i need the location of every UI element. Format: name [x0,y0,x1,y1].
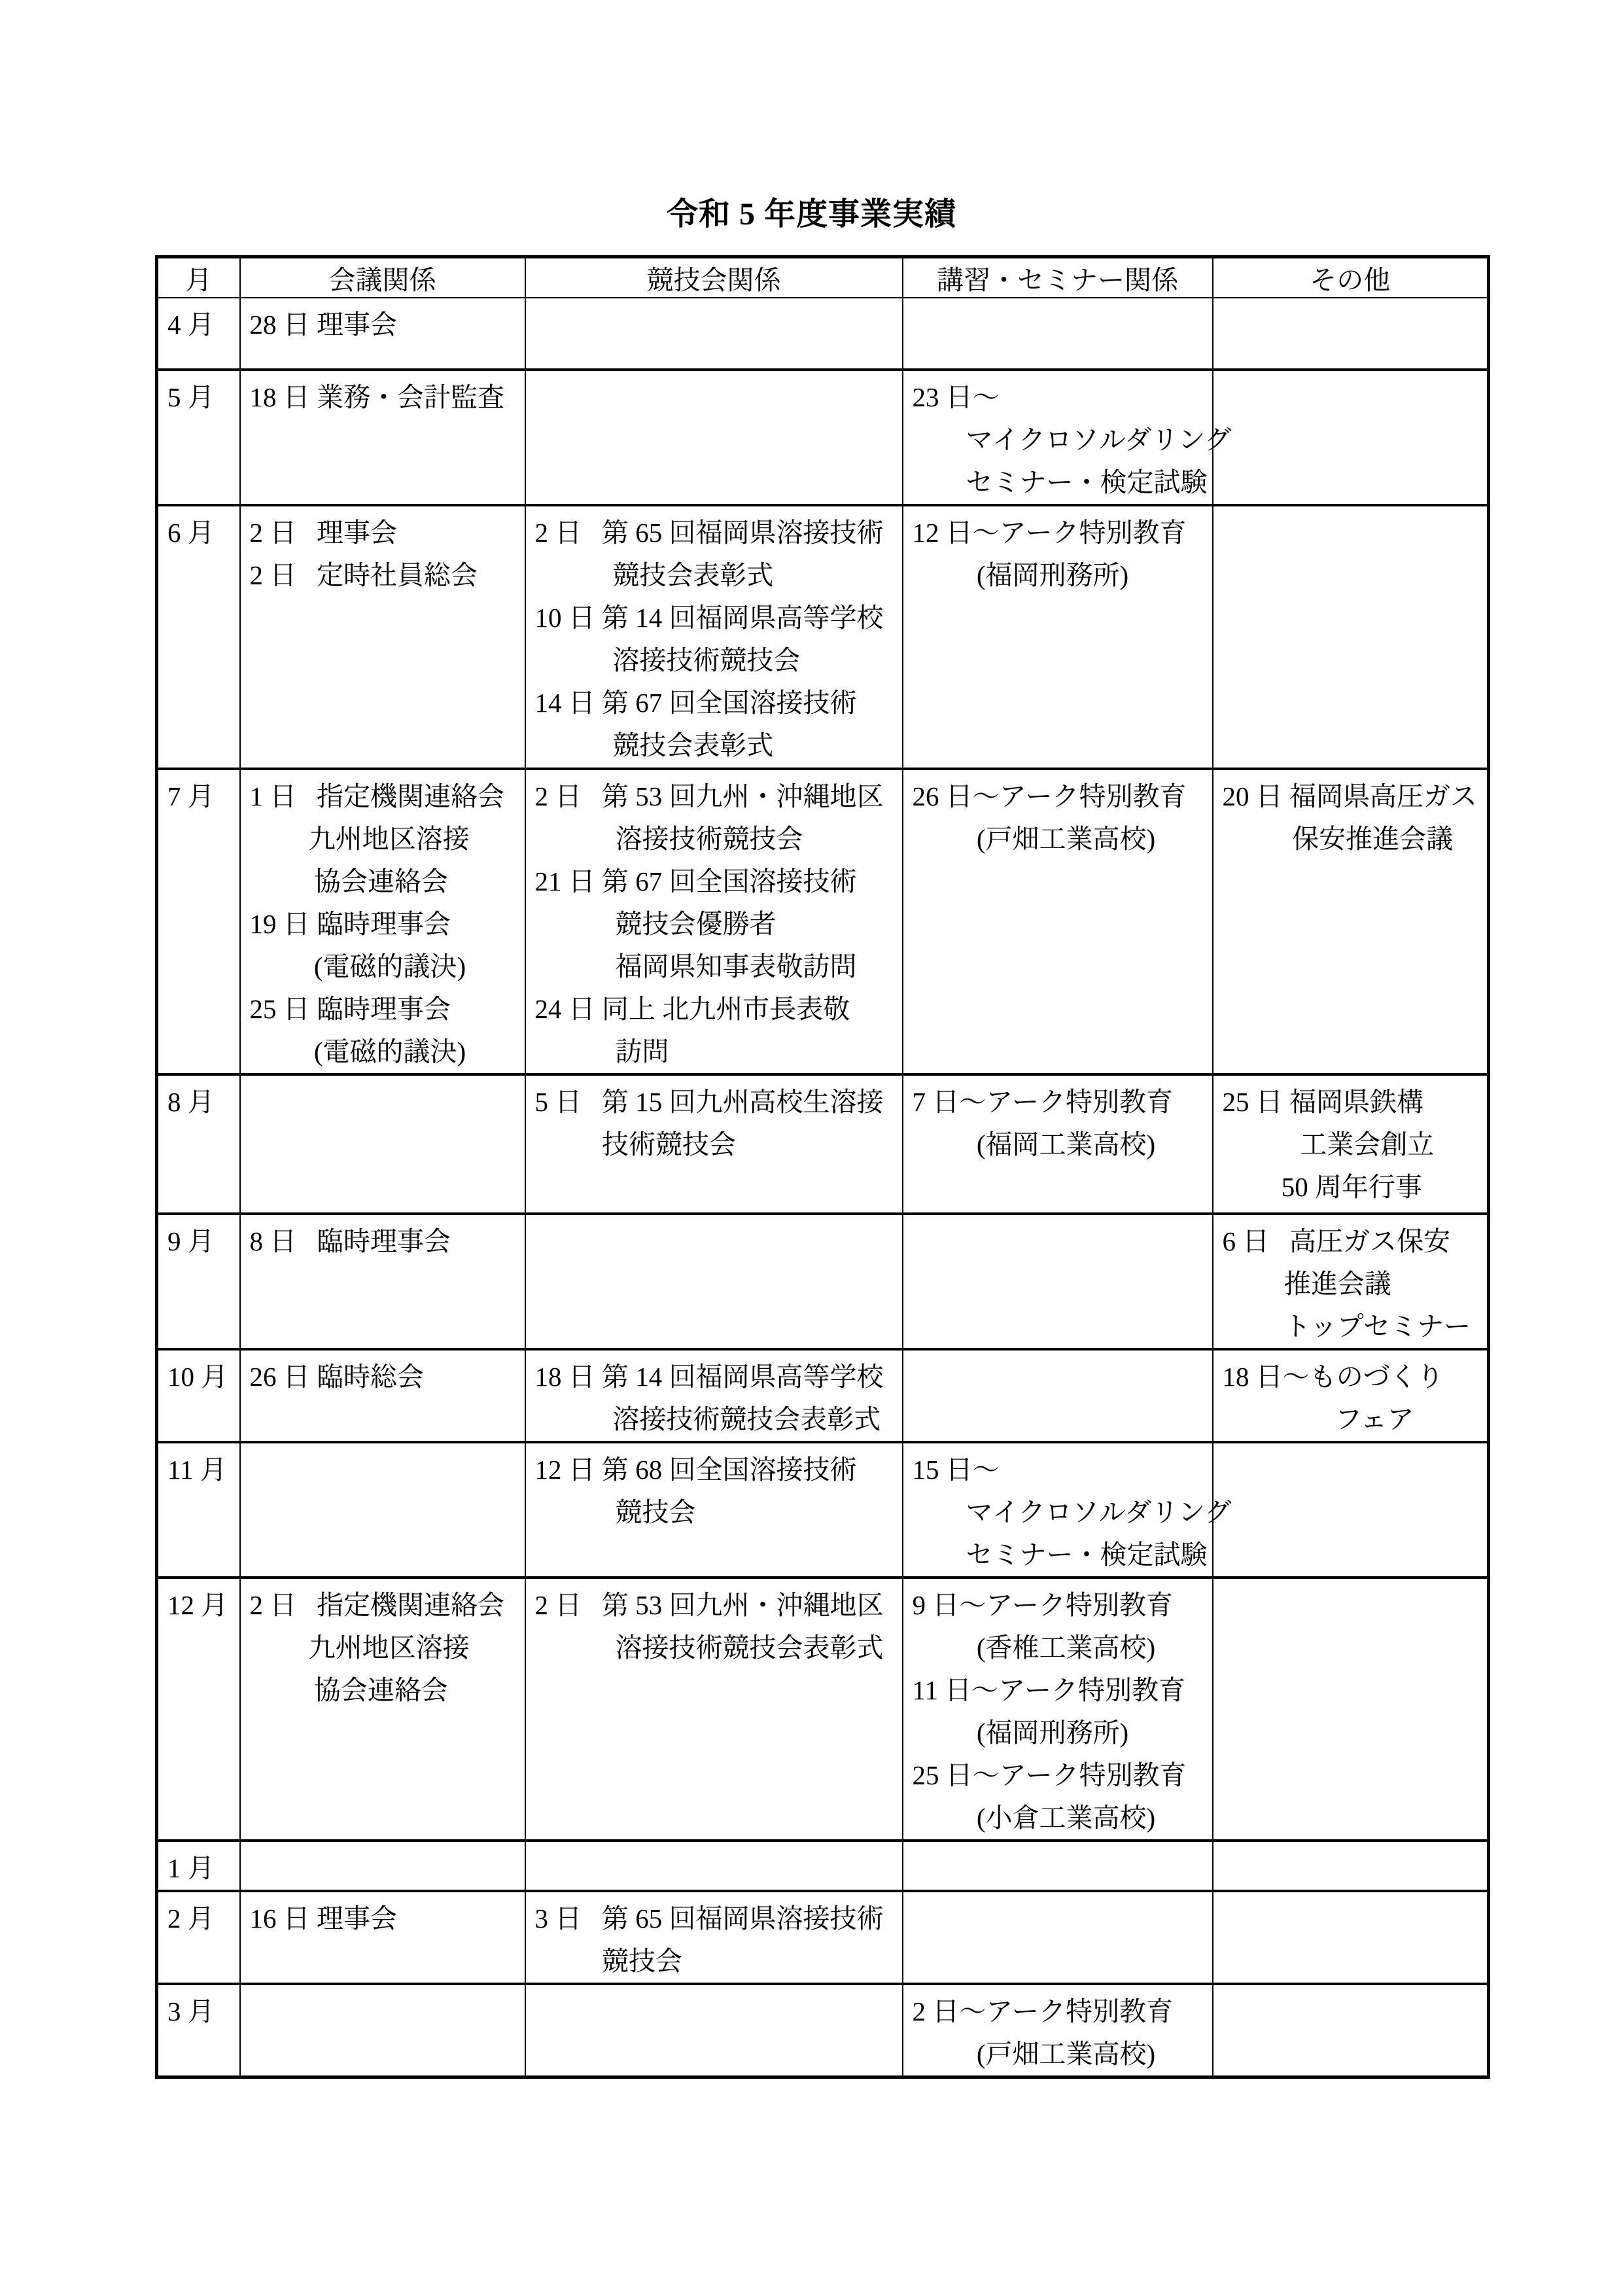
entry-line: 20 日福岡県高圧ガス [1223,775,1485,818]
table-row-9: 12 月2 日指定機関連絡会九州地区溶接協会連絡会2 日第 53 回九州・沖縄地… [157,1578,1489,1841]
month-label: 12 月 [167,1584,237,1627]
entry-text: 第 14 回福岡県高等学校 [602,603,884,633]
entry-line: 7 日～アーク特別教育 [913,1081,1210,1123]
entry-line: マイクロソルダリング [913,1491,1210,1534]
table-row-6: 9 月8 日臨時理事会6 日高圧ガス保安推進会議トップセミナー [157,1214,1489,1349]
entry-text: 15 日～ [913,1455,1000,1485]
entry-line: (小倉工業高校) [913,1797,1210,1839]
month-label: 6 月 [167,512,237,554]
entry-text: 2 日～アーク特別教育 [913,1996,1174,2026]
month-label: 9 月 [167,1220,237,1263]
seminars-cell [903,1841,1213,1891]
entry-text: 第 15 回九州高校生溶接 [602,1087,884,1117]
entry-line: 福岡県知事表敬訪問 [535,945,899,988]
entry-text: 工業会創立 [1300,1129,1434,1159]
entry-text: 11 日～アーク特別教育 [913,1675,1186,1705]
others-cell: 20 日福岡県高圧ガス保安推進会議 [1213,769,1489,1074]
entry-line: 1 日指定機関連絡会 [250,775,522,818]
others-cell [1213,1841,1489,1891]
entry-text: 理事会 [317,518,397,548]
entry-line: 2 日～アーク特別教育 [913,1990,1210,2033]
entry-text: 溶接技術競技会表彰式 [616,1633,884,1663]
entry-text: 指定機関連絡会 [317,1590,504,1620]
month-label: 8 月 [167,1081,237,1123]
entry-text: フェア [1335,1404,1414,1434]
meetings-cell: 26 日臨時総会 [240,1349,525,1442]
entry-line: 競技会表彰式 [535,724,899,767]
month-cell: 4 月 [157,298,240,370]
month-cell: 8 月 [157,1074,240,1214]
month-label: 7 月 [167,775,237,818]
entry-text: セミナー・検定試験 [966,1540,1208,1570]
entry-line: (福岡刑務所) [913,554,1210,597]
entry-day: 1 日 [250,775,317,818]
entry-text: 競技会表彰式 [612,560,773,590]
entry-line: 23 日～ [913,376,1210,419]
entry-line: 訪問 [535,1031,899,1073]
entry-text: マイクロソルダリング [966,1497,1232,1527]
entry-text: 九州地区溶接 [309,824,470,854]
entry-line: 12 日～アーク特別教育 [913,512,1210,554]
entry-text: 第 65 回福岡県溶接技術 [602,1903,884,1934]
entry-text: (戸畑工業高校) [977,824,1155,854]
entry-text: 溶接技術競技会表彰式 [612,1404,881,1434]
competitions-cell: 18 日第 14 回福岡県高等学校溶接技術競技会表彰式 [525,1349,903,1442]
table-row-12: 3 月2 日～アーク特別教育(戸畑工業高校) [157,1984,1489,2077]
seminars-cell: 23 日～マイクロソルダリングセミナー・検定試験 [903,370,1213,505]
entry-text: 協会連絡会 [314,1675,448,1705]
others-cell [1213,1442,1489,1578]
meetings-cell: 2 日指定機関連絡会九州地区溶接協会連絡会 [240,1578,525,1841]
entry-line: 18 日第 14 回福岡県高等学校 [535,1356,899,1398]
entry-day: 10 日 [535,597,602,639]
entry-line: 協会連絡会 [250,860,522,903]
entry-line: 溶接技術競技会 [535,818,899,860]
seminars-cell: 15 日～マイクロソルダリングセミナー・検定試験 [903,1442,1213,1578]
entry-line: 26 日～アーク特別教育 [913,775,1210,818]
entry-text: (福岡工業高校) [977,1129,1155,1159]
entry-text: (福岡刑務所) [977,560,1128,590]
others-cell [1213,1578,1489,1841]
entry-day: 2 日 [535,512,602,554]
entry-text: セミナー・検定試験 [966,467,1208,497]
others-cell: 18 日～ものづくりフェア [1213,1349,1489,1442]
entry-day: 12 日 [535,1449,602,1491]
entry-day: 18 日 [535,1356,602,1398]
meetings-cell [240,1442,525,1578]
schedule-table: 月 会議関係 競技会関係 講習・セミナー関係 その他 4 月28 日理事会5 月… [155,255,1490,2079]
others-cell [1213,370,1489,505]
entry-text: (電磁的議決) [314,951,466,981]
entry-line: (戸畑工業高校) [913,818,1210,860]
entry-text: (香椎工業高校) [977,1633,1155,1663]
entry-text: 理事会 [317,309,397,340]
entry-text: 競技会表彰式 [612,730,773,760]
entry-text: 第 53 回九州・沖縄地区 [602,1590,884,1620]
table-row-1: 4 月28 日理事会 [157,298,1489,370]
entry-day: 2 日 [250,512,317,554]
month-label: 11 月 [167,1449,237,1491]
entry-text: (戸畑工業高校) [977,2039,1155,2069]
entry-text: 第 67 回全国溶接技術 [602,688,857,718]
entry-day: 2 日 [250,1584,317,1627]
entry-day: 20 日 [1223,775,1290,818]
entry-text: (電磁的議決) [314,1036,466,1067]
competitions-cell [525,1214,903,1349]
entry-text: 競技会 [602,1946,682,1976]
page-title: 令和 5 年度事業実績 [0,188,1623,234]
entry-line: 9 日～アーク特別教育 [913,1584,1210,1627]
entry-line: 14 日第 67 回全国溶接技術 [535,682,899,724]
competitions-cell: 5 日第 15 回九州高校生溶接技術競技会 [525,1074,903,1214]
seminars-cell [903,298,1213,370]
others-cell [1213,505,1489,769]
entry-text: 定時社員総会 [317,560,478,590]
seminars-cell: 9 日～アーク特別教育(香椎工業高校)11 日～アーク特別教育(福岡刑務所)25… [903,1578,1213,1841]
entry-line: 推進会議 [1223,1263,1485,1305]
entry-line: 25 日福岡県鉄構 [1223,1081,1485,1123]
seminars-cell [903,1349,1213,1442]
entry-line: 15 日～ [913,1449,1210,1491]
entry-text: 高圧ガス保安 [1289,1226,1450,1256]
entry-line: 50 周年行事 [1223,1166,1485,1209]
month-cell: 6 月 [157,505,240,769]
col-header-meetings: 会議関係 [240,257,525,298]
entry-line: (電磁的議決) [250,1031,522,1073]
table-row-4: 7 月1 日指定機関連絡会九州地区溶接協会連絡会19 日臨時理事会(電磁的議決)… [157,769,1489,1074]
month-cell: 2 月 [157,1891,240,1984]
entry-day: 25 日 [1223,1081,1290,1123]
entry-text: 競技会 [616,1497,696,1527]
meetings-cell: 18 日業務・会計監査 [240,370,525,505]
entry-line: (戸畑工業高校) [913,2033,1210,2075]
entry-line: 溶接技術競技会 [535,639,899,682]
competitions-cell [525,1841,903,1891]
entry-text: 第 65 回福岡県溶接技術 [602,518,884,548]
month-cell: 12 月 [157,1578,240,1841]
entry-text: 技術競技会 [602,1129,736,1159]
others-cell [1213,1891,1489,1984]
entry-text: 同上 北九州市長表敬 [602,994,850,1024]
entry-day: 16 日 [250,1898,317,1940]
entry-text: 訪問 [616,1036,669,1067]
entry-line: フェア [1223,1398,1485,1441]
competitions-cell [525,370,903,505]
entry-line: 競技会表彰式 [535,554,899,597]
seminars-cell: 26 日～アーク特別教育(戸畑工業高校) [903,769,1213,1074]
entry-text: 競技会優勝者 [616,909,777,939]
entry-line: 18 日～ものづくり [1223,1356,1485,1398]
entry-text: トップセミナー [1284,1311,1471,1341]
entry-text: 第 68 回全国溶接技術 [602,1455,857,1485]
entry-day: 21 日 [535,860,602,903]
entry-day: 25 日 [250,988,317,1031]
entry-text: 溶接技術競技会 [612,645,800,675]
entry-line: 2 日指定機関連絡会 [250,1584,522,1627]
month-label: 4 月 [167,304,237,346]
entry-line: 3 日第 65 回福岡県溶接技術 [535,1898,899,1940]
table-row-10: 1 月 [157,1841,1489,1891]
month-cell: 3 月 [157,1984,240,2077]
table-row-8: 11 月12 日第 68 回全国溶接技術競技会15 日～マイクロソルダリングセミ… [157,1442,1489,1578]
entry-line: セミナー・検定試験 [913,461,1210,504]
entry-text: 溶接技術競技会 [616,824,803,854]
entry-text: 福岡県高圧ガス [1289,781,1477,811]
entry-line: 2 日理事会 [250,512,522,554]
meetings-cell: 8 日臨時理事会 [240,1214,525,1349]
meetings-cell: 28 日理事会 [240,298,525,370]
entry-day: 18 日 [250,376,317,419]
entry-text: 25 日～アーク特別教育 [913,1760,1187,1790]
entry-text: 協会連絡会 [314,866,448,896]
entry-text: 臨時理事会 [317,1226,451,1256]
entry-text: 保安推進会議 [1292,824,1453,854]
entry-line: 溶接技術競技会表彰式 [535,1398,899,1441]
entry-line: 25 日～アーク特別教育 [913,1754,1210,1797]
entry-text: マイクロソルダリング [966,425,1232,455]
table-row-11: 2 月16 日理事会3 日第 65 回福岡県溶接技術競技会 [157,1891,1489,1984]
entry-line: 25 日臨時理事会 [250,988,522,1031]
entry-day: 28 日 [250,304,317,346]
entry-text: 推進会議 [1284,1269,1391,1299]
entry-line: 九州地区溶接 [250,818,522,860]
competitions-cell: 3 日第 65 回福岡県溶接技術競技会 [525,1891,903,1984]
entry-text: 臨時総会 [317,1362,424,1392]
col-header-seminars: 講習・セミナー関係 [903,257,1213,298]
entry-text: 9 日～アーク特別教育 [913,1590,1174,1620]
month-cell: 1 月 [157,1841,240,1891]
others-cell [1213,298,1489,370]
entry-day: 8 日 [250,1220,317,1263]
entry-line: 16 日理事会 [250,1898,522,1940]
entry-text: 23 日～ [913,382,1000,412]
month-cell: 9 月 [157,1214,240,1349]
entry-line: 2 日第 53 回九州・沖縄地区 [535,775,899,818]
document-page: 令和 5 年度事業実績 月 会議関係 競技会関係 講習・セミナー関係 その他 4… [0,0,1623,2296]
entry-line: 2 日第 53 回九州・沖縄地区 [535,1584,899,1627]
competitions-cell: 2 日第 65 回福岡県溶接技術競技会表彰式10 日第 14 回福岡県高等学校溶… [525,505,903,769]
month-label: 3 月 [167,1990,237,2033]
entry-line: 11 日～アーク特別教育 [913,1669,1210,1712]
table-row-7: 10 月26 日臨時総会18 日第 14 回福岡県高等学校溶接技術競技会表彰式1… [157,1349,1489,1442]
schedule-table-body: 4 月28 日理事会5 月18 日業務・会計監査23 日～マイクロソルダリングセ… [157,298,1489,2077]
entry-line: 競技会優勝者 [535,903,899,945]
seminars-cell [903,1214,1213,1349]
entry-day: 6 日 [1223,1220,1290,1263]
month-label: 10 月 [167,1356,237,1398]
entry-text: 臨時理事会 [317,909,451,939]
entry-line: 28 日理事会 [250,304,522,346]
entry-line: (電磁的議決) [250,945,522,988]
seminars-cell: 12 日～アーク特別教育(福岡刑務所) [903,505,1213,769]
meetings-cell [240,1841,525,1891]
entry-line: 2 日定時社員総会 [250,554,522,597]
month-cell: 5 月 [157,370,240,505]
month-label: 1 月 [167,1847,237,1890]
entry-line: 12 日第 68 回全国溶接技術 [535,1449,899,1491]
entry-text: 26 日～アーク特別教育 [913,781,1187,811]
entry-line: 19 日臨時理事会 [250,903,522,945]
entry-line: セミナー・検定試験 [913,1534,1210,1576]
entry-day: 3 日 [535,1898,602,1940]
entry-text: 第 53 回九州・沖縄地区 [602,781,884,811]
entry-text: 12 日～アーク特別教育 [913,518,1187,548]
competitions-cell [525,1984,903,2077]
seminars-cell: 2 日～アーク特別教育(戸畑工業高校) [903,1984,1213,2077]
entry-line: 競技会 [535,1940,899,1983]
meetings-cell: 2 日理事会2 日定時社員総会 [240,505,525,769]
entry-text: 理事会 [317,1903,397,1934]
competitions-cell [525,298,903,370]
others-cell: 6 日高圧ガス保安推進会議トップセミナー [1213,1214,1489,1349]
entry-line: 九州地区溶接 [250,1627,522,1669]
entry-line: 21 日第 67 回全国溶接技術 [535,860,899,903]
entry-text: 第 14 回福岡県高等学校 [602,1362,884,1392]
entry-text: 福岡県知事表敬訪問 [616,951,857,981]
entry-line: 6 日高圧ガス保安 [1223,1220,1485,1263]
entry-text: (福岡刑務所) [977,1718,1128,1748]
month-cell: 11 月 [157,1442,240,1578]
entry-line: 技術競技会 [535,1123,899,1166]
header-row: 月 会議関係 競技会関係 講習・セミナー関係 その他 [157,257,1489,298]
entry-line: マイクロソルダリング [913,419,1210,461]
month-label: 2 月 [167,1898,237,1940]
entry-text: (小倉工業高校) [977,1803,1155,1833]
col-header-competitions: 競技会関係 [525,257,903,298]
col-header-others: その他 [1213,257,1489,298]
competitions-cell: 2 日第 53 回九州・沖縄地区溶接技術競技会表彰式 [525,1578,903,1841]
entry-text: 臨時理事会 [317,994,451,1024]
meetings-cell: 1 日指定機関連絡会九州地区溶接協会連絡会19 日臨時理事会(電磁的議決)25 … [240,769,525,1074]
entry-line: 5 日第 15 回九州高校生溶接 [535,1081,899,1123]
competitions-cell: 2 日第 53 回九州・沖縄地区溶接技術競技会21 日第 67 回全国溶接技術競… [525,769,903,1074]
entry-text: 第 67 回全国溶接技術 [602,866,857,896]
meetings-cell [240,1984,525,2077]
entry-text: 7 日～アーク特別教育 [913,1087,1174,1117]
entry-line: (香椎工業高校) [913,1627,1210,1669]
entry-line: 保安推進会議 [1223,818,1485,860]
entry-text: 指定機関連絡会 [317,781,504,811]
entry-line: 24 日同上 北九州市長表敬 [535,988,899,1031]
entry-text: 九州地区溶接 [309,1633,470,1663]
entry-line: (福岡工業高校) [913,1123,1210,1166]
col-header-month: 月 [157,257,240,298]
meetings-cell: 16 日理事会 [240,1891,525,1984]
entry-day: 2 日 [535,775,602,818]
entry-line: 溶接技術競技会表彰式 [535,1627,899,1669]
table-row-3: 6 月2 日理事会2 日定時社員総会2 日第 65 回福岡県溶接技術競技会表彰式… [157,505,1489,769]
others-cell: 25 日福岡県鉄構工業会創立50 周年行事 [1213,1074,1489,1214]
seminars-cell [903,1891,1213,1984]
entry-day: 24 日 [535,988,602,1031]
month-cell: 7 月 [157,769,240,1074]
entry-day: 14 日 [535,682,602,724]
entry-line: 協会連絡会 [250,1669,522,1712]
table-row-5: 8 月5 日第 15 回九州高校生溶接技術競技会7 日～アーク特別教育(福岡工業… [157,1074,1489,1214]
entry-text: 福岡県鉄構 [1289,1087,1423,1117]
entry-line: 18 日業務・会計監査 [250,376,522,419]
entry-day: 19 日 [250,903,317,945]
entry-day: 5 日 [535,1081,602,1123]
entry-line: 8 日臨時理事会 [250,1220,522,1263]
month-label: 5 月 [167,376,237,419]
month-cell: 10 月 [157,1349,240,1442]
seminars-cell: 7 日～アーク特別教育(福岡工業高校) [903,1074,1213,1214]
entry-line: 2 日第 65 回福岡県溶接技術 [535,512,899,554]
entry-line: 26 日臨時総会 [250,1356,522,1398]
entry-text: 50 周年行事 [1282,1172,1422,1202]
entry-line: 10 日第 14 回福岡県高等学校 [535,597,899,639]
entry-day: 2 日 [535,1584,602,1627]
table-row-2: 5 月18 日業務・会計監査23 日～マイクロソルダリングセミナー・検定試験 [157,370,1489,505]
entry-line: トップセミナー [1223,1305,1485,1348]
entry-text: 業務・会計監査 [317,382,504,412]
meetings-cell [240,1074,525,1214]
entry-line: 競技会 [535,1491,899,1534]
entry-line: (福岡刑務所) [913,1712,1210,1754]
entry-day: 26 日 [250,1356,317,1398]
entry-line: 工業会創立 [1223,1123,1485,1166]
others-cell [1213,1984,1489,2077]
competitions-cell: 12 日第 68 回全国溶接技術競技会 [525,1442,903,1578]
entry-text: 18 日～ものづくり [1223,1362,1444,1392]
entry-day: 2 日 [250,554,317,597]
